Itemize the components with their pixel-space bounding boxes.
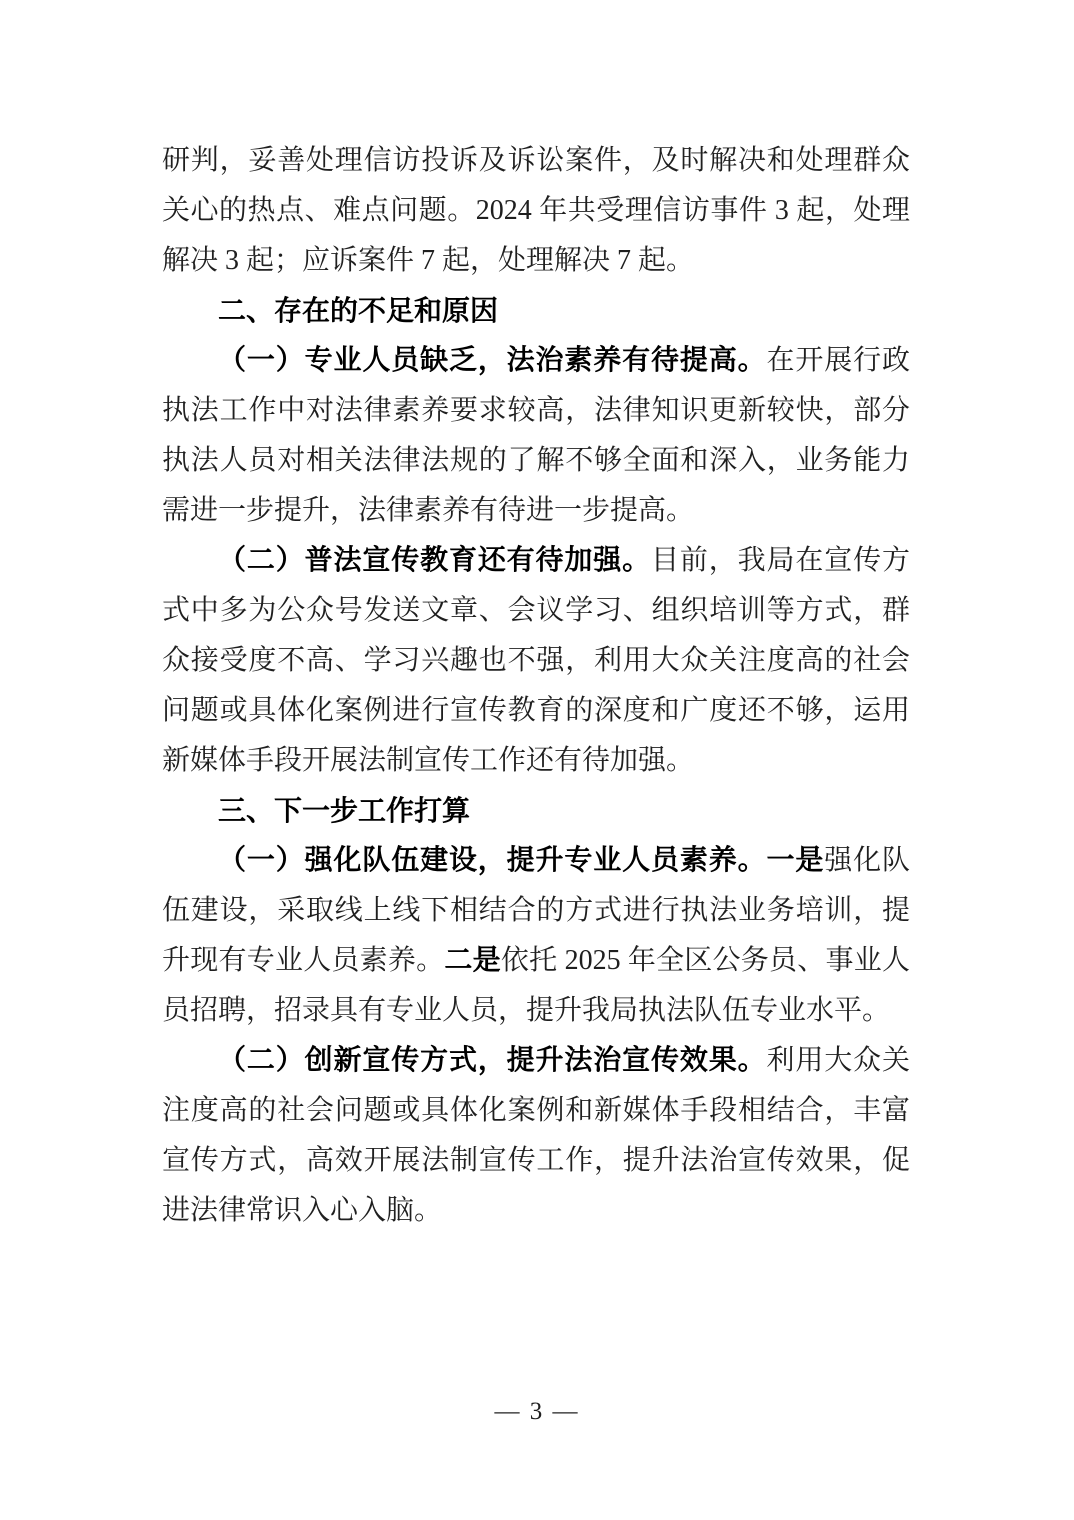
text-segment: 目前，我局在宣传方式中多为公众号发送文章、会议学习、组织培训等方式，群众接受度不… bbox=[162, 545, 910, 776]
bold-text-segment: 三、下一步工作打算 bbox=[218, 795, 470, 826]
bold-text-segment: 二、存在的不足和原因 bbox=[218, 295, 498, 326]
bold-text-segment: （一）专业人员缺乏，法治素养有待提高。 bbox=[218, 345, 767, 376]
bold-text-segment: 一是 bbox=[767, 845, 825, 876]
bold-text-segment: （二）创新宣传方式，提升法治宣传效果。 bbox=[218, 1045, 767, 1076]
body-paragraph: （一）专业人员缺乏，法治素养有待提高。在开展行政执法工作中对法律素养要求较高，法… bbox=[162, 336, 910, 536]
section-heading: 二、存在的不足和原因 bbox=[162, 286, 910, 336]
bold-text-segment: 二是 bbox=[444, 945, 500, 976]
bold-text-segment: （一）强化队伍建设，提升专业人员素养。 bbox=[218, 845, 767, 876]
bold-text-segment: （二）普法宣传教育还有待加强。 bbox=[218, 545, 651, 576]
document-body: 研判，妥善处理信访投诉及诉讼案件，及时解决和处理群众关心的热点、难点问题。202… bbox=[162, 136, 910, 1236]
body-paragraph: （二）普法宣传教育还有待加强。目前，我局在宣传方式中多为公众号发送文章、会议学习… bbox=[162, 536, 910, 786]
body-paragraph: 研判，妥善处理信访投诉及诉讼案件，及时解决和处理群众关心的热点、难点问题。202… bbox=[162, 136, 910, 286]
page-number: — 3 — bbox=[0, 1398, 1074, 1426]
text-segment: 研判，妥善处理信访投诉及诉讼案件，及时解决和处理群众关心的热点、难点问题。202… bbox=[162, 145, 910, 276]
body-paragraph: （二）创新宣传方式，提升法治宣传效果。利用大众关注度高的社会问题或具体化案例和新… bbox=[162, 1036, 910, 1236]
section-heading: 三、下一步工作打算 bbox=[162, 786, 910, 836]
body-paragraph: （一）强化队伍建设，提升专业人员素养。一是强化队伍建设，采取线上线下相结合的方式… bbox=[162, 836, 910, 1036]
document-page: 研判，妥善处理信访投诉及诉讼案件，及时解决和处理群众关心的热点、难点问题。202… bbox=[0, 0, 1074, 1520]
